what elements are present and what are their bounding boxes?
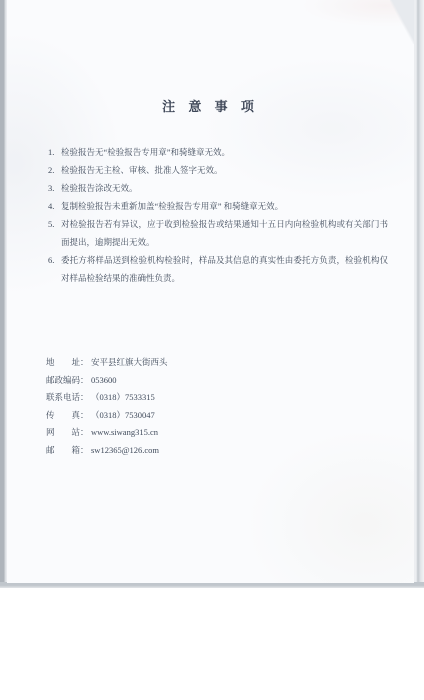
contact-label: 传 真： — [46, 407, 91, 425]
contact-value: 安平县红旗大街西头 — [91, 357, 168, 367]
contact-row: 邮政编码：053600 — [46, 372, 414, 390]
note-text: 检验报告涂改无效。 — [61, 179, 388, 197]
page-title: 注 意 事 项 — [7, 96, 414, 115]
contact-block: 地 址：安平县红旗大街西头 邮政编码：053600 联系电话：（0318）753… — [46, 354, 414, 459]
note-item: 5. 对检验报告若有异议，应于收到检验报告或结果通知十五日内向检验机构或有关部门… — [48, 215, 388, 251]
note-number: 2. — [48, 161, 61, 179]
note-item: 4. 复制检验报告未重新加盖“检验报告专用章” 和骑缝章无效。 — [48, 197, 388, 215]
scan-edge-right — [413, 0, 424, 588]
paper: 注 意 事 项 1. 检验报告无“检验报告专用章”和骑缝章无效。 2. 检验报告… — [7, 0, 414, 583]
contact-label: 地 址： — [46, 354, 91, 372]
note-text: 委托方将样品送到检验机构检验时，样品及其信息的真实性由委托方负责，检验机构仅对样… — [61, 251, 388, 287]
contact-row: 地 址：安平县红旗大街西头 — [46, 354, 414, 372]
contact-value: www.siwang315.cn — [91, 427, 158, 437]
note-number: 6. — [48, 251, 61, 269]
note-item: 2. 检验报告无主检、审核、批准人签字无效。 — [48, 161, 388, 179]
note-text: 对检验报告若有异议，应于收到检验报告或结果通知十五日内向检验机构或有关部门书面提… — [61, 215, 388, 251]
contact-value: （0318）7533315 — [91, 392, 155, 402]
blank-margin — [0, 588, 424, 700]
contact-row: 邮 箱：sw12365@126.com — [46, 442, 414, 460]
contact-value: sw12365@126.com — [91, 445, 159, 455]
contact-value: 053600 — [91, 375, 117, 385]
contact-label: 邮政编码： — [46, 372, 91, 390]
contact-row: 传 真：（0318）7530047 — [46, 407, 414, 425]
note-number: 4. — [48, 197, 61, 215]
scan-edge-left — [0, 0, 7, 588]
contact-label: 联系电话： — [46, 389, 91, 407]
note-item: 6. 委托方将样品送到检验机构检验时，样品及其信息的真实性由委托方负责，检验机构… — [48, 251, 388, 287]
note-number: 3. — [48, 179, 61, 197]
note-text: 检验报告无主检、审核、批准人签字无效。 — [61, 161, 388, 179]
paper-corner-fold — [390, 0, 414, 44]
note-number: 1. — [48, 143, 61, 161]
contact-value: （0318）7530047 — [91, 410, 155, 420]
contact-row: 网 站：www.siwang315.cn — [46, 424, 414, 442]
notes-list: 1. 检验报告无“检验报告专用章”和骑缝章无效。 2. 检验报告无主检、审核、批… — [48, 143, 388, 287]
note-item: 3. 检验报告涂改无效。 — [48, 179, 388, 197]
note-text: 检验报告无“检验报告专用章”和骑缝章无效。 — [61, 143, 388, 161]
note-text: 复制检验报告未重新加盖“检验报告专用章” 和骑缝章无效。 — [61, 197, 388, 215]
scanned-page: 注 意 事 项 1. 检验报告无“检验报告专用章”和骑缝章无效。 2. 检验报告… — [0, 0, 424, 588]
contact-row: 联系电话：（0318）7533315 — [46, 389, 414, 407]
note-item: 1. 检验报告无“检验报告专用章”和骑缝章无效。 — [48, 143, 388, 161]
contact-label: 邮 箱： — [46, 442, 91, 460]
contact-label: 网 站： — [46, 424, 91, 442]
note-number: 5. — [48, 215, 61, 233]
